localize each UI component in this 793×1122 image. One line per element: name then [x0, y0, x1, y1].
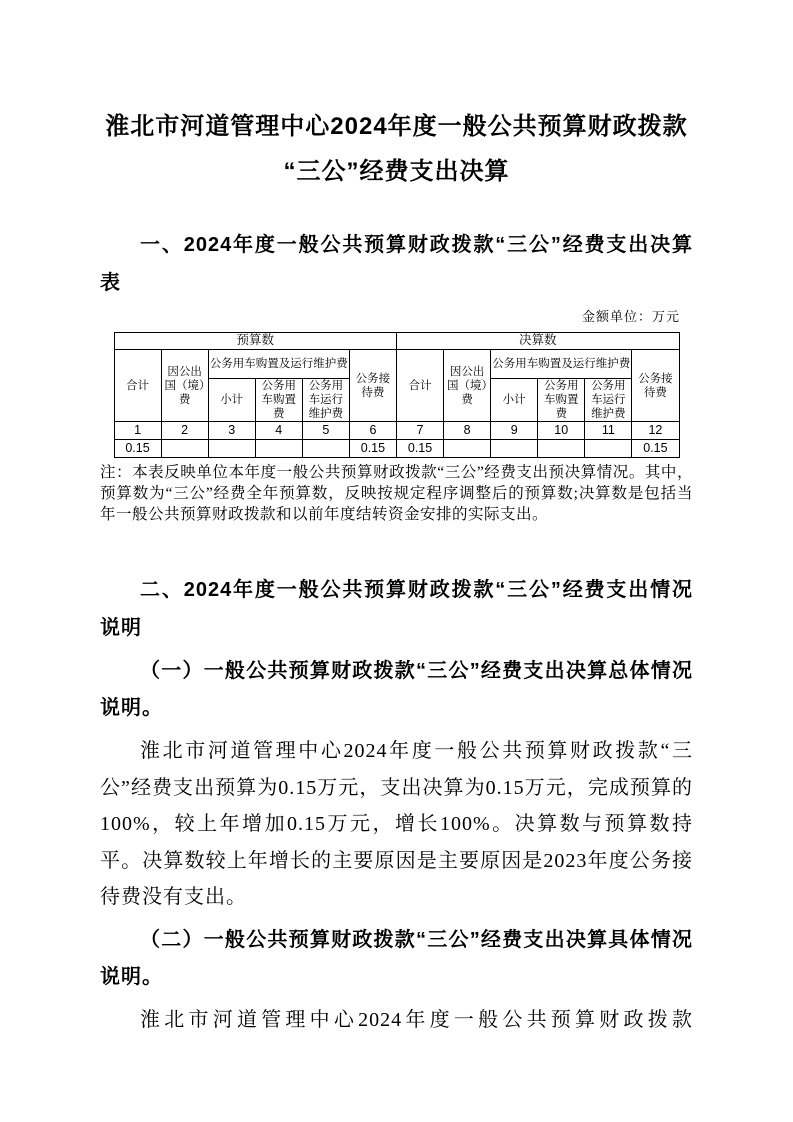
header-final-reception: 公务接待费: [632, 350, 679, 422]
table-column-number-row: 1 2 3 4 5 6 7 8 9 10 11 12: [114, 422, 679, 440]
table-value-row: 0.15 0.15 0.15 0.15: [114, 440, 679, 458]
value-cell: 0.15: [114, 440, 161, 458]
header-final-vehicle: 公务用车购置及运行维护费: [491, 350, 632, 379]
section-spacer: [100, 525, 693, 571]
subheader-final-vehicle-operation: 公务用车运行维护费: [585, 379, 632, 422]
document-title-line2: “三公”经费支出决算: [100, 149, 693, 194]
paragraph-specific-situation: 淮北市河道管理中心2024年度一般公共预算财政拨款: [100, 1002, 693, 1039]
group-header-final: 决算数: [396, 333, 679, 350]
section-2-heading: 二、2024年度一般公共预算财政拨款“三公”经费支出情况说明: [100, 571, 693, 647]
table-group-header-row: 预算数 决算数: [114, 333, 679, 350]
value-cell: [585, 440, 632, 458]
value-cell: 0.15: [396, 440, 443, 458]
subsection-2-heading: （二）一般公共预算财政拨款“三公”经费支出决算具体情况说明。: [100, 922, 693, 996]
table-header-row: 合计 因公出国（境）费 公务用车购置及运行维护费 公务接待费 合计 因公出国（境…: [114, 350, 679, 379]
document-title: 淮北市河道管理中心2024年度一般公共预算财政拨款 “三公”经费支出决算: [100, 104, 693, 194]
value-cell: [538, 440, 585, 458]
value-cell: [302, 440, 349, 458]
value-cell: [491, 440, 538, 458]
col-number: 4: [255, 422, 302, 440]
value-cell: 0.15: [632, 440, 679, 458]
value-cell: [444, 440, 491, 458]
subsection-1-heading: （一）一般公共预算财政拨款“三公”经费支出决算总体情况说明。: [100, 653, 693, 727]
value-cell: [208, 440, 255, 458]
col-number: 3: [208, 422, 255, 440]
header-budget-total: 合计: [114, 350, 161, 422]
header-budget-reception: 公务接待费: [349, 350, 396, 422]
col-number: 2: [161, 422, 208, 440]
value-cell: 0.15: [349, 440, 396, 458]
value-cell: [161, 440, 208, 458]
subheader-budget-vehicle-subtotal: 小计: [208, 379, 255, 422]
col-number: 9: [491, 422, 538, 440]
section-1-heading: 一、2024年度一般公共预算财政拨款“三公”经费支出决算表: [100, 226, 693, 302]
col-number: 12: [632, 422, 679, 440]
subheader-final-vehicle-purchase: 公务用车购置费: [538, 379, 585, 422]
col-number: 7: [396, 422, 443, 440]
amount-unit-label: 金额单位：万元: [100, 308, 680, 326]
col-number: 11: [585, 422, 632, 440]
col-number: 1: [114, 422, 161, 440]
table-note: 注：本表反映单位本年度一般公共预算财政拨款“三公”经费支出预决算情况。其中，预算…: [100, 462, 693, 525]
three-public-expense-table: 预算数 决算数 合计 因公出国（境）费 公务用车购置及运行维护费 公务接待费 合…: [114, 332, 680, 458]
document-page: 淮北市河道管理中心2024年度一般公共预算财政拨款 “三公”经费支出决算 一、2…: [0, 0, 793, 1122]
paragraph-overall-situation: 淮北市河道管理中心2024年度一般公共预算财政拨款“三公”经费支出预算为0.15…: [100, 733, 693, 916]
col-number: 6: [349, 422, 396, 440]
header-budget-abroad: 因公出国（境）费: [161, 350, 208, 422]
col-number: 10: [538, 422, 585, 440]
value-cell: [255, 440, 302, 458]
header-budget-vehicle: 公务用车购置及运行维护费: [208, 350, 349, 379]
group-header-budget: 预算数: [114, 333, 396, 350]
col-number: 5: [302, 422, 349, 440]
header-final-abroad: 因公出国（境）费: [444, 350, 491, 422]
subheader-final-vehicle-subtotal: 小计: [491, 379, 538, 422]
subheader-budget-vehicle-purchase: 公务用车购置费: [255, 379, 302, 422]
document-title-line1: 淮北市河道管理中心2024年度一般公共预算财政拨款: [100, 104, 693, 149]
header-final-total: 合计: [396, 350, 443, 422]
col-number: 8: [444, 422, 491, 440]
subheader-budget-vehicle-operation: 公务用车运行维护费: [302, 379, 349, 422]
